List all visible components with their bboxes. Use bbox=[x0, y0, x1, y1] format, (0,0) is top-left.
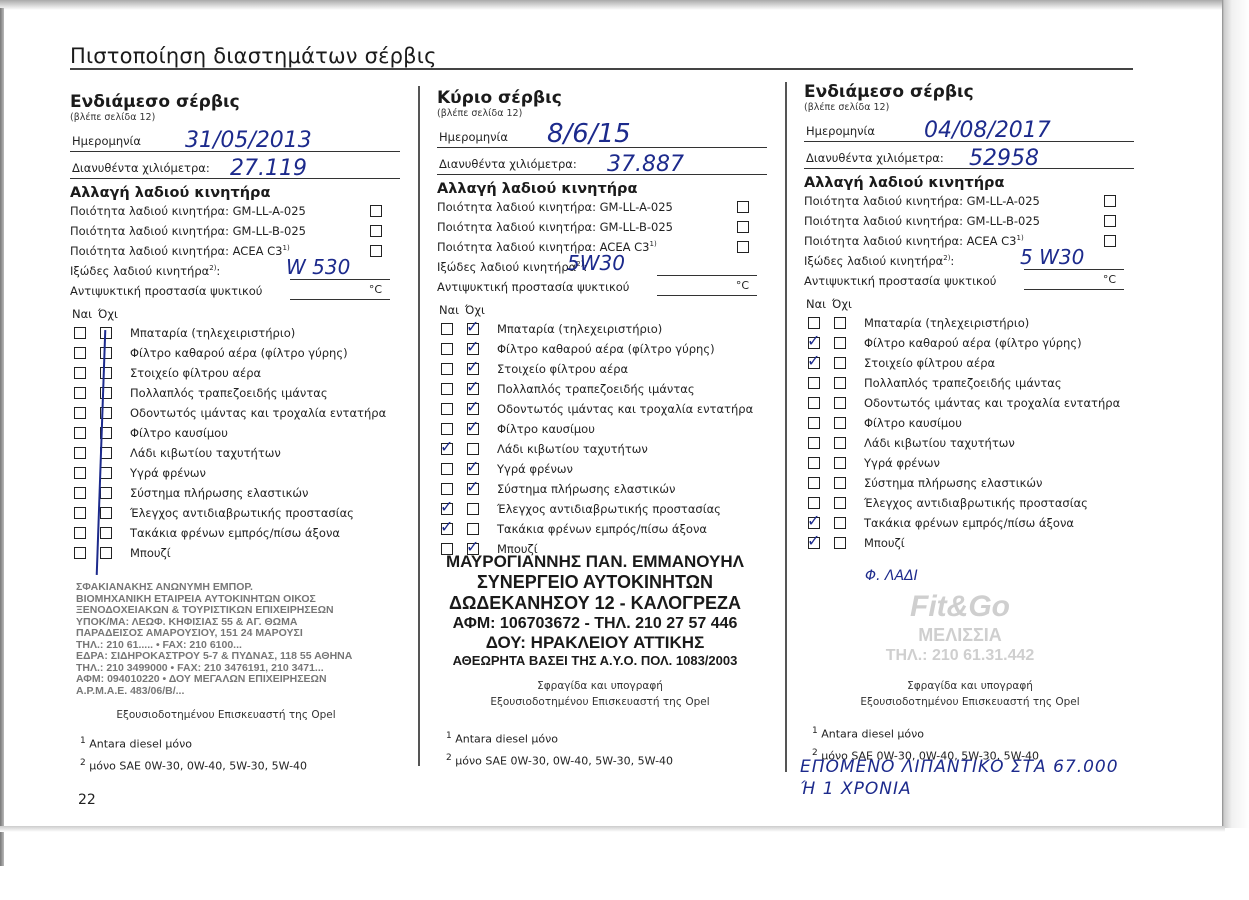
viscosity-value: 5W30 bbox=[567, 251, 625, 275]
handwritten-oil-note: Φ. ΛΑΔΙ bbox=[865, 568, 918, 584]
stamp-caption-1: Σφραγίδα και υπογραφήΕξουσιοδοτημένου Επ… bbox=[76, 693, 376, 721]
viscosity-label: Ιξώδες λαδιού κινητήρα2): bbox=[804, 254, 954, 268]
checklist-item: Σύστημα πλήρωσης ελαστικών bbox=[70, 483, 400, 503]
checklist-item-label: Λάδι κιβωτίου ταχυτήτων bbox=[130, 446, 281, 460]
check-mark-icon: ✓ bbox=[466, 359, 479, 375]
checklist-item-label: Στοιχείο φίλτρου αέρα bbox=[130, 366, 261, 380]
checklist-item: ✓ Τακάκια φρένων εμπρός/πίσω άξονα bbox=[804, 513, 1134, 533]
checklist-item: Μπαταρία (τηλεχειριστήριο) bbox=[70, 323, 400, 343]
checklist-item: Λάδι κιβωτίου ταχυτήτων bbox=[70, 443, 400, 463]
yes-label: Ναι bbox=[72, 307, 92, 321]
checklist-item-label: Μπουζί bbox=[864, 536, 905, 550]
oil-quality-checkbox[interactable] bbox=[737, 241, 749, 253]
see-page-reference: (βλέπε σελίδα 12) bbox=[437, 108, 767, 119]
date-field[interactable]: Ημερομηνία 8/6/15 bbox=[437, 123, 767, 148]
coolant-field[interactable]: Αντιψυκτική προστασία ψυκτικού °C bbox=[804, 271, 1134, 291]
checklist-item: Τακάκια φρένων εμπρός/πίσω άξονα bbox=[70, 523, 400, 543]
column-divider-2 bbox=[785, 82, 787, 772]
checklist-item-label: Πολλαπλός τραπεζοειδής ιμάντας bbox=[497, 382, 695, 396]
page-title: Πιστοποίηση διαστημάτων σέρβις bbox=[70, 44, 437, 68]
service-column-2: Κύριο σέρβις(βλέπε σελίδα 12) Ημερομηνία… bbox=[437, 88, 767, 559]
km-label: Διανυθέντα χιλιόμετρα: bbox=[806, 151, 944, 165]
check-mark-icon: ✓ bbox=[807, 353, 820, 369]
column-divider-1 bbox=[418, 86, 420, 766]
oil-change-heading: Αλλαγή λαδιού κινητήρα bbox=[437, 181, 767, 197]
check-mark-icon: ✓ bbox=[466, 479, 479, 495]
check-mark-icon: ✓ bbox=[440, 499, 453, 515]
checklist-item: Υγρά φρένων bbox=[70, 463, 400, 483]
no-checkbox[interactable] bbox=[834, 537, 846, 549]
viscosity-value: 5 W30 bbox=[1020, 245, 1084, 269]
yes-checkbox[interactable] bbox=[74, 327, 86, 339]
page-number: 22 bbox=[78, 792, 96, 808]
yes-checkbox[interactable] bbox=[74, 347, 86, 359]
oil-quality-row: Ποιότητα λαδιού κινητήρα: ACEA C31) bbox=[804, 231, 1134, 251]
check-mark-icon: ✓ bbox=[440, 439, 453, 455]
oil-quality-row: Ποιότητα λαδιού κινητήρα: GM-LL-B-025 bbox=[804, 211, 1134, 231]
checklist-item: ✓ Μπουζί bbox=[804, 533, 1134, 553]
checklist-item: Μπουζί bbox=[70, 543, 400, 563]
no-checkbox[interactable] bbox=[467, 503, 479, 515]
checklist-item-label: Λάδι κιβωτίου ταχυτήτων bbox=[497, 442, 648, 456]
no-checkbox[interactable] bbox=[100, 507, 112, 519]
checklist-item: ✓ Λάδι κιβωτίου ταχυτήτων bbox=[437, 439, 767, 459]
see-page-reference: (βλέπε σελίδα 12) bbox=[70, 112, 400, 123]
checklist-item-label: Φίλτρο καυσίμου bbox=[497, 422, 595, 436]
km-field[interactable]: Διανυθέντα χιλιόμετρα: 27.119 bbox=[70, 156, 400, 179]
yes-checkbox[interactable] bbox=[441, 323, 453, 335]
checklist-item-label: Φίλτρο καυσίμου bbox=[130, 426, 228, 440]
yes-label: Ναι bbox=[806, 297, 826, 311]
service-column-1: Ενδιάμεσο σέρβις(βλέπε σελίδα 12) Ημερομ… bbox=[70, 92, 400, 563]
km-value: 27.119 bbox=[230, 156, 307, 181]
yes-label: Ναι bbox=[439, 303, 459, 317]
check-mark-icon: ✓ bbox=[466, 319, 479, 335]
no-checkbox[interactable] bbox=[834, 497, 846, 509]
oil-quality-label: Ποιότητα λαδιού κινητήρα: GM-LL-B-025 bbox=[437, 220, 673, 234]
km-field[interactable]: Διανυθέντα χιλιόμετρα: 52958 bbox=[804, 146, 1134, 169]
see-page-reference: (βλέπε σελίδα 12) bbox=[804, 102, 1134, 113]
checklist-item: ✓ Φίλτρο καθαρού αέρα (φίλτρο γύρης) bbox=[804, 333, 1134, 353]
title-divider bbox=[70, 68, 1133, 70]
checklist-item: Πολλαπλός τραπεζοειδής ιμάντας bbox=[804, 373, 1134, 393]
yes-checkbox[interactable] bbox=[74, 407, 86, 419]
checklist-item: Έλεγχος αντιδιαβρωτικής προστασίας bbox=[804, 493, 1134, 513]
service-heading: Ενδιάμεσο σέρβις bbox=[70, 92, 400, 112]
checklist-item-label: Στοιχείο φίλτρου αέρα bbox=[497, 362, 628, 376]
check-mark-icon: ✓ bbox=[466, 379, 479, 395]
footnotes-2: 1 Antara diesel μόνο2 μόνο SAE 0W-30, 0W… bbox=[446, 727, 673, 770]
km-label: Διανυθέντα χιλιόμετρα: bbox=[439, 157, 577, 171]
check-mark-icon: ✓ bbox=[807, 533, 820, 549]
yes-checkbox[interactable] bbox=[74, 487, 86, 499]
checklist-item: Οδοντωτός ιμάντας και τροχαλία εντατήρα bbox=[804, 393, 1134, 413]
yes-checkbox[interactable] bbox=[74, 507, 86, 519]
scan-edge-right bbox=[1222, 0, 1249, 828]
yes-checkbox[interactable] bbox=[74, 387, 86, 399]
oil-quality-row: Ποιότητα λαδιού κινητήρα: GM-LL-A-025 bbox=[437, 197, 767, 217]
oil-quality-checkbox[interactable] bbox=[737, 201, 749, 213]
checklist-item-label: Οδοντωτός ιμάντας και τροχαλία εντατήρα bbox=[130, 406, 386, 420]
no-checkbox[interactable] bbox=[834, 417, 846, 429]
oil-quality-label: Ποιότητα λαδιού κινητήρα: GM-LL-B-025 bbox=[804, 214, 1040, 228]
oil-quality-checkbox[interactable] bbox=[370, 205, 382, 217]
service-heading: Ενδιάμεσο σέρβις bbox=[804, 82, 1134, 102]
yes-checkbox[interactable] bbox=[441, 423, 453, 435]
no-checkbox[interactable] bbox=[100, 547, 112, 559]
no-checkbox[interactable] bbox=[834, 457, 846, 469]
coolant-field[interactable]: Αντιψυκτική προστασία ψυκτικού °C bbox=[70, 281, 400, 301]
oil-quality-label: Ποιότητα λαδιού κινητήρα: GM-LL-A-025 bbox=[437, 200, 673, 214]
yes-checkbox[interactable] bbox=[808, 477, 820, 489]
no-label: Όχι bbox=[98, 307, 118, 321]
date-field[interactable]: Ημερομηνία 31/05/2013 bbox=[70, 127, 400, 152]
stamp-caption-2: Σφραγίδα και υπογραφήΕξουσιοδοτημένου Επ… bbox=[440, 680, 760, 708]
viscosity-field[interactable]: Ιξώδες λαδιού κινητήρα2): 5 W30 bbox=[804, 251, 1134, 271]
oil-quality-checkbox[interactable] bbox=[1104, 235, 1116, 247]
viscosity-value: W 530 bbox=[286, 255, 350, 279]
handwritten-next-service-note: ΕΠΟΜΕΝΟ ΛΙΠΑΝΤΙΚΟ ΣΤΑ 67.000Ή 1 ΧΡΟΝΙΑ bbox=[800, 756, 1119, 800]
footnotes-1: 1 Antara diesel μόνο2 μόνο SAE 0W-30, 0W… bbox=[80, 732, 307, 775]
no-checkbox[interactable] bbox=[834, 517, 846, 529]
no-checkbox[interactable] bbox=[834, 437, 846, 449]
date-value: 31/05/2013 bbox=[185, 128, 312, 153]
checklist-item: Οδοντωτός ιμάντας και τροχαλία εντατήρα bbox=[70, 403, 400, 423]
checklist-item: ✓ Στοιχείο φίλτρου αέρα bbox=[804, 353, 1134, 373]
coolant-field[interactable]: Αντιψυκτική προστασία ψυκτικού °C bbox=[437, 277, 767, 297]
checklist-item: ✓ Φίλτρο καθαρού αέρα (φίλτρο γύρης) bbox=[437, 339, 767, 359]
checklist-item-label: Έλεγχος αντιδιαβρωτικής προστασίας bbox=[130, 506, 354, 520]
km-value: 37.887 bbox=[607, 152, 684, 177]
oil-quality-label: Ποιότητα λαδιού κινητήρα: GM-LL-A-025 bbox=[70, 204, 306, 218]
check-mark-icon: ✓ bbox=[466, 339, 479, 355]
checklist-item-label: Φίλτρο καθαρού αέρα (φίλτρο γύρης) bbox=[130, 346, 348, 360]
checklist-item-label: Μπαταρία (τηλεχειριστήριο) bbox=[130, 326, 295, 340]
checklist-item-label: Πολλαπλός τραπεζοειδής ιμάντας bbox=[864, 376, 1062, 390]
date-field[interactable]: Ημερομηνία 04/08/2017 bbox=[804, 117, 1134, 142]
oil-quality-row: Ποιότητα λαδιού κινητήρα: GM-LL-B-025 bbox=[437, 217, 767, 237]
oil-quality-label: Ποιότητα λαδιού κινητήρα: ACEA C31) bbox=[70, 244, 290, 258]
no-label: Όχι bbox=[832, 297, 852, 311]
dealer-stamp-1: ΣΦΑΚΙΑΝΑΚΗΣ ΑΝΩΝΥΜΗ ΕΜΠΟΡ.ΒΙΟΜΗΧΑΝΙΚΗ ΕΤ… bbox=[76, 582, 416, 697]
checklist-item-label: Υγρά φρένων bbox=[130, 466, 206, 480]
service-column-3: Ενδιάμεσο σέρβις(βλέπε σελίδα 12) Ημερομ… bbox=[804, 82, 1134, 553]
checklist-item-label: Φίλτρο καθαρού αέρα (φίλτρο γύρης) bbox=[864, 336, 1082, 350]
no-checkbox[interactable] bbox=[834, 357, 846, 369]
no-checkbox[interactable] bbox=[834, 397, 846, 409]
coolant-label: Αντιψυκτική προστασία ψυκτικού bbox=[70, 284, 262, 298]
date-label: Ημερομηνία bbox=[72, 134, 141, 148]
checklist-item: Φίλτρο καθαρού αέρα (φίλτρο γύρης) bbox=[70, 343, 400, 363]
yes-no-header: Ναι Όχι bbox=[804, 297, 1134, 313]
checklist-item: ✓ Μπαταρία (τηλεχειριστήριο) bbox=[437, 319, 767, 339]
viscosity-label: Ιξώδες λαδιού κινητήρα2): bbox=[70, 264, 220, 278]
checklist-item: Υγρά φρένων bbox=[804, 453, 1134, 473]
checklist-item: ✓ Στοιχείο φίλτρου αέρα bbox=[437, 359, 767, 379]
checklist-item: ✓ Πολλαπλός τραπεζοειδής ιμάντας bbox=[437, 379, 767, 399]
checklist-item-label: Υγρά φρένων bbox=[864, 456, 940, 470]
oil-quality-label: Ποιότητα λαδιού κινητήρα: GM-LL-B-025 bbox=[70, 224, 306, 238]
date-label: Ημερομηνία bbox=[806, 124, 875, 138]
coolant-unit: °C bbox=[1103, 273, 1116, 286]
date-label: Ημερομηνία bbox=[439, 130, 508, 144]
oil-change-heading: Αλλαγή λαδιού κινητήρα bbox=[804, 175, 1134, 191]
oil-quality-row: Ποιότητα λαδιού κινητήρα: ACEA C31) bbox=[70, 241, 400, 261]
oil-quality-label: Ποιότητα λαδιού κινητήρα: ACEA C31) bbox=[804, 234, 1024, 248]
no-checkbox[interactable] bbox=[100, 347, 112, 359]
no-label: Όχι bbox=[465, 303, 485, 317]
checklist-item-label: Μπαταρία (τηλεχειριστήριο) bbox=[864, 316, 1029, 330]
km-label: Διανυθέντα χιλιόμετρα: bbox=[72, 161, 210, 175]
checklist-item-label: Οδοντωτός ιμάντας και τροχαλία εντατήρα bbox=[497, 402, 753, 416]
oil-quality-checkbox[interactable] bbox=[1104, 215, 1116, 227]
km-value: 52958 bbox=[969, 146, 1039, 171]
viscosity-field[interactable]: Ιξώδες λαδιού κινητήρα2): W 530 bbox=[70, 261, 400, 281]
no-checkbox[interactable] bbox=[100, 467, 112, 479]
scan-edge-top bbox=[0, 0, 1249, 10]
coolant-label: Αντιψυκτική προστασία ψυκτικού bbox=[804, 274, 996, 288]
checklist-item: Φίλτρο καυσίμου bbox=[70, 423, 400, 443]
checklist-item-label: Έλεγχος αντιδιαβρωτικής προστασίας bbox=[497, 502, 721, 516]
check-mark-icon: ✓ bbox=[466, 459, 479, 475]
yes-checkbox[interactable] bbox=[808, 437, 820, 449]
yes-checkbox[interactable] bbox=[74, 547, 86, 559]
checklist-item-label: Οδοντωτός ιμάντας και τροχαλία εντατήρα bbox=[864, 396, 1120, 410]
yes-checkbox[interactable] bbox=[808, 377, 820, 389]
oil-quality-label: Ποιότητα λαδιού κινητήρα: GM-LL-A-025 bbox=[804, 194, 1040, 208]
checklist-item: Στοιχείο φίλτρου αέρα bbox=[70, 363, 400, 383]
checklist-item: ✓ Υγρά φρένων bbox=[437, 459, 767, 479]
no-checkbox[interactable] bbox=[834, 317, 846, 329]
coolant-label: Αντιψυκτική προστασία ψυκτικού bbox=[437, 280, 629, 294]
checklist-item-label: Στοιχείο φίλτρου αέρα bbox=[864, 356, 995, 370]
checklist-item-label: Λάδι κιβωτίου ταχυτήτων bbox=[864, 436, 1015, 450]
checklist-item: ✓ Έλεγχος αντιδιαβρωτικής προστασίας bbox=[437, 499, 767, 519]
checklist-item: Μπαταρία (τηλεχειριστήριο) bbox=[804, 313, 1134, 333]
yes-checkbox[interactable] bbox=[808, 417, 820, 429]
no-checkbox[interactable] bbox=[100, 527, 112, 539]
check-mark-icon: ✓ bbox=[466, 419, 479, 435]
yes-checkbox[interactable] bbox=[74, 467, 86, 479]
oil-change-heading: Αλλαγή λαδιού κινητήρα bbox=[70, 185, 400, 201]
yes-checkbox[interactable] bbox=[74, 367, 86, 379]
checklist-item-label: Πολλαπλός τραπεζοειδής ιμάντας bbox=[130, 386, 328, 400]
date-value: 8/6/15 bbox=[547, 119, 631, 149]
checklist-item: Πολλαπλός τραπεζοειδής ιμάντας bbox=[70, 383, 400, 403]
checklist-item-label: Φίλτρο καυσίμου bbox=[864, 416, 962, 430]
service-heading: Κύριο σέρβις bbox=[437, 88, 767, 108]
oil-quality-row: Ποιότητα λαδιού κινητήρα: GM-LL-A-025 bbox=[70, 201, 400, 221]
checklist-item-label: Υγρά φρένων bbox=[497, 462, 573, 476]
checklist-item-label: Μπουζί bbox=[130, 546, 171, 560]
yes-checkbox[interactable] bbox=[441, 343, 453, 355]
coolant-unit: °C bbox=[736, 279, 749, 292]
checklist-item: Λάδι κιβωτίου ταχυτήτων bbox=[804, 433, 1134, 453]
checklist-item: Έλεγχος αντιδιαβρωτικής προστασίας bbox=[70, 503, 400, 523]
viscosity-field[interactable]: Ιξώδες λαδιού κινητήρα2): 5W30 bbox=[437, 257, 767, 277]
oil-quality-row: Ποιότητα λαδιού κινητήρα: GM-LL-B-025 bbox=[70, 221, 400, 241]
oil-quality-checkbox[interactable] bbox=[1104, 195, 1116, 207]
check-mark-icon: ✓ bbox=[440, 519, 453, 535]
checklist-item-label: Φίλτρο καθαρού αέρα (φίλτρο γύρης) bbox=[497, 342, 715, 356]
yes-checkbox[interactable] bbox=[808, 497, 820, 509]
oil-quality-checkbox[interactable] bbox=[370, 225, 382, 237]
no-checkbox[interactable] bbox=[834, 337, 846, 349]
checklist-item: ✓ Φίλτρο καυσίμου bbox=[437, 419, 767, 439]
yes-checkbox[interactable] bbox=[808, 457, 820, 469]
yes-checkbox[interactable] bbox=[74, 527, 86, 539]
yes-no-header: Ναι Όχι bbox=[70, 307, 400, 323]
yes-checkbox[interactable] bbox=[441, 483, 453, 495]
dealer-stamp-3: Fit&GoΜΕΛΙΣΣΙΑΤΗΛ.: 210 61.31.442 bbox=[860, 590, 1060, 666]
checklist-item-label: Τακάκια φρένων εμπρός/πίσω άξονα bbox=[497, 522, 707, 536]
yes-checkbox[interactable] bbox=[441, 383, 453, 395]
checklist-item: ✓ Οδοντωτός ιμάντας και τροχαλία εντατήρ… bbox=[437, 399, 767, 419]
checklist-item-label: Έλεγχος αντιδιαβρωτικής προστασίας bbox=[864, 496, 1088, 510]
no-checkbox[interactable] bbox=[834, 377, 846, 389]
checklist-item-label: Σύστημα πλήρωσης ελαστικών bbox=[497, 482, 675, 496]
checklist-item-label: Μπαταρία (τηλεχειριστήριο) bbox=[497, 322, 662, 336]
check-mark-icon: ✓ bbox=[807, 513, 820, 529]
check-mark-icon: ✓ bbox=[466, 399, 479, 415]
oil-quality-row: Ποιότητα λαδιού κινητήρα: GM-LL-A-025 bbox=[804, 191, 1134, 211]
scan-edge-bottom bbox=[0, 826, 1225, 832]
no-checkbox[interactable] bbox=[467, 523, 479, 535]
yes-checkbox[interactable] bbox=[441, 403, 453, 415]
stamp-caption-3: Σφραγίδα και υπογραφήΕξουσιοδοτημένου Επ… bbox=[810, 680, 1130, 708]
coolant-unit: °C bbox=[369, 283, 382, 296]
checklist-item-label: Σύστημα πλήρωσης ελαστικών bbox=[130, 486, 308, 500]
date-value: 04/08/2017 bbox=[924, 118, 1051, 143]
dealer-stamp-2: ΜΑΥΡΟΓΙΑΝΝΗΣ ΠΑΝ. ΕΜΜΑΝΟΥΗΛΣΥΝΕΡΓΕΙΟ ΑΥΤ… bbox=[425, 552, 765, 669]
viscosity-label: Ιξώδες λαδιού κινητήρα2): bbox=[437, 260, 587, 274]
checklist-item-label: Σύστημα πλήρωσης ελαστικών bbox=[864, 476, 1042, 490]
yes-checkbox[interactable] bbox=[74, 447, 86, 459]
oil-quality-checkbox[interactable] bbox=[370, 245, 382, 257]
oil-quality-checkbox[interactable] bbox=[737, 221, 749, 233]
checklist-item: Σύστημα πλήρωσης ελαστικών bbox=[804, 473, 1134, 493]
yes-checkbox[interactable] bbox=[441, 363, 453, 375]
checklist-item: ✓ Τακάκια φρένων εμπρός/πίσω άξονα bbox=[437, 519, 767, 539]
yes-checkbox[interactable] bbox=[808, 317, 820, 329]
check-mark-icon: ✓ bbox=[807, 333, 820, 349]
no-checkbox[interactable] bbox=[834, 477, 846, 489]
yes-checkbox[interactable] bbox=[441, 463, 453, 475]
checklist-item-label: Τακάκια φρένων εμπρός/πίσω άξονα bbox=[130, 526, 340, 540]
yes-checkbox[interactable] bbox=[74, 427, 86, 439]
checklist-item-label: Τακάκια φρένων εμπρός/πίσω άξονα bbox=[864, 516, 1074, 530]
checklist-item: Φίλτρο καυσίμου bbox=[804, 413, 1134, 433]
yes-no-header: Ναι Όχι bbox=[437, 303, 767, 319]
yes-checkbox[interactable] bbox=[808, 397, 820, 409]
checklist-item: ✓ Σύστημα πλήρωσης ελαστικών bbox=[437, 479, 767, 499]
km-field[interactable]: Διανυθέντα χιλιόμετρα: 37.887 bbox=[437, 152, 767, 175]
no-checkbox[interactable] bbox=[467, 443, 479, 455]
no-checkbox[interactable] bbox=[100, 487, 112, 499]
